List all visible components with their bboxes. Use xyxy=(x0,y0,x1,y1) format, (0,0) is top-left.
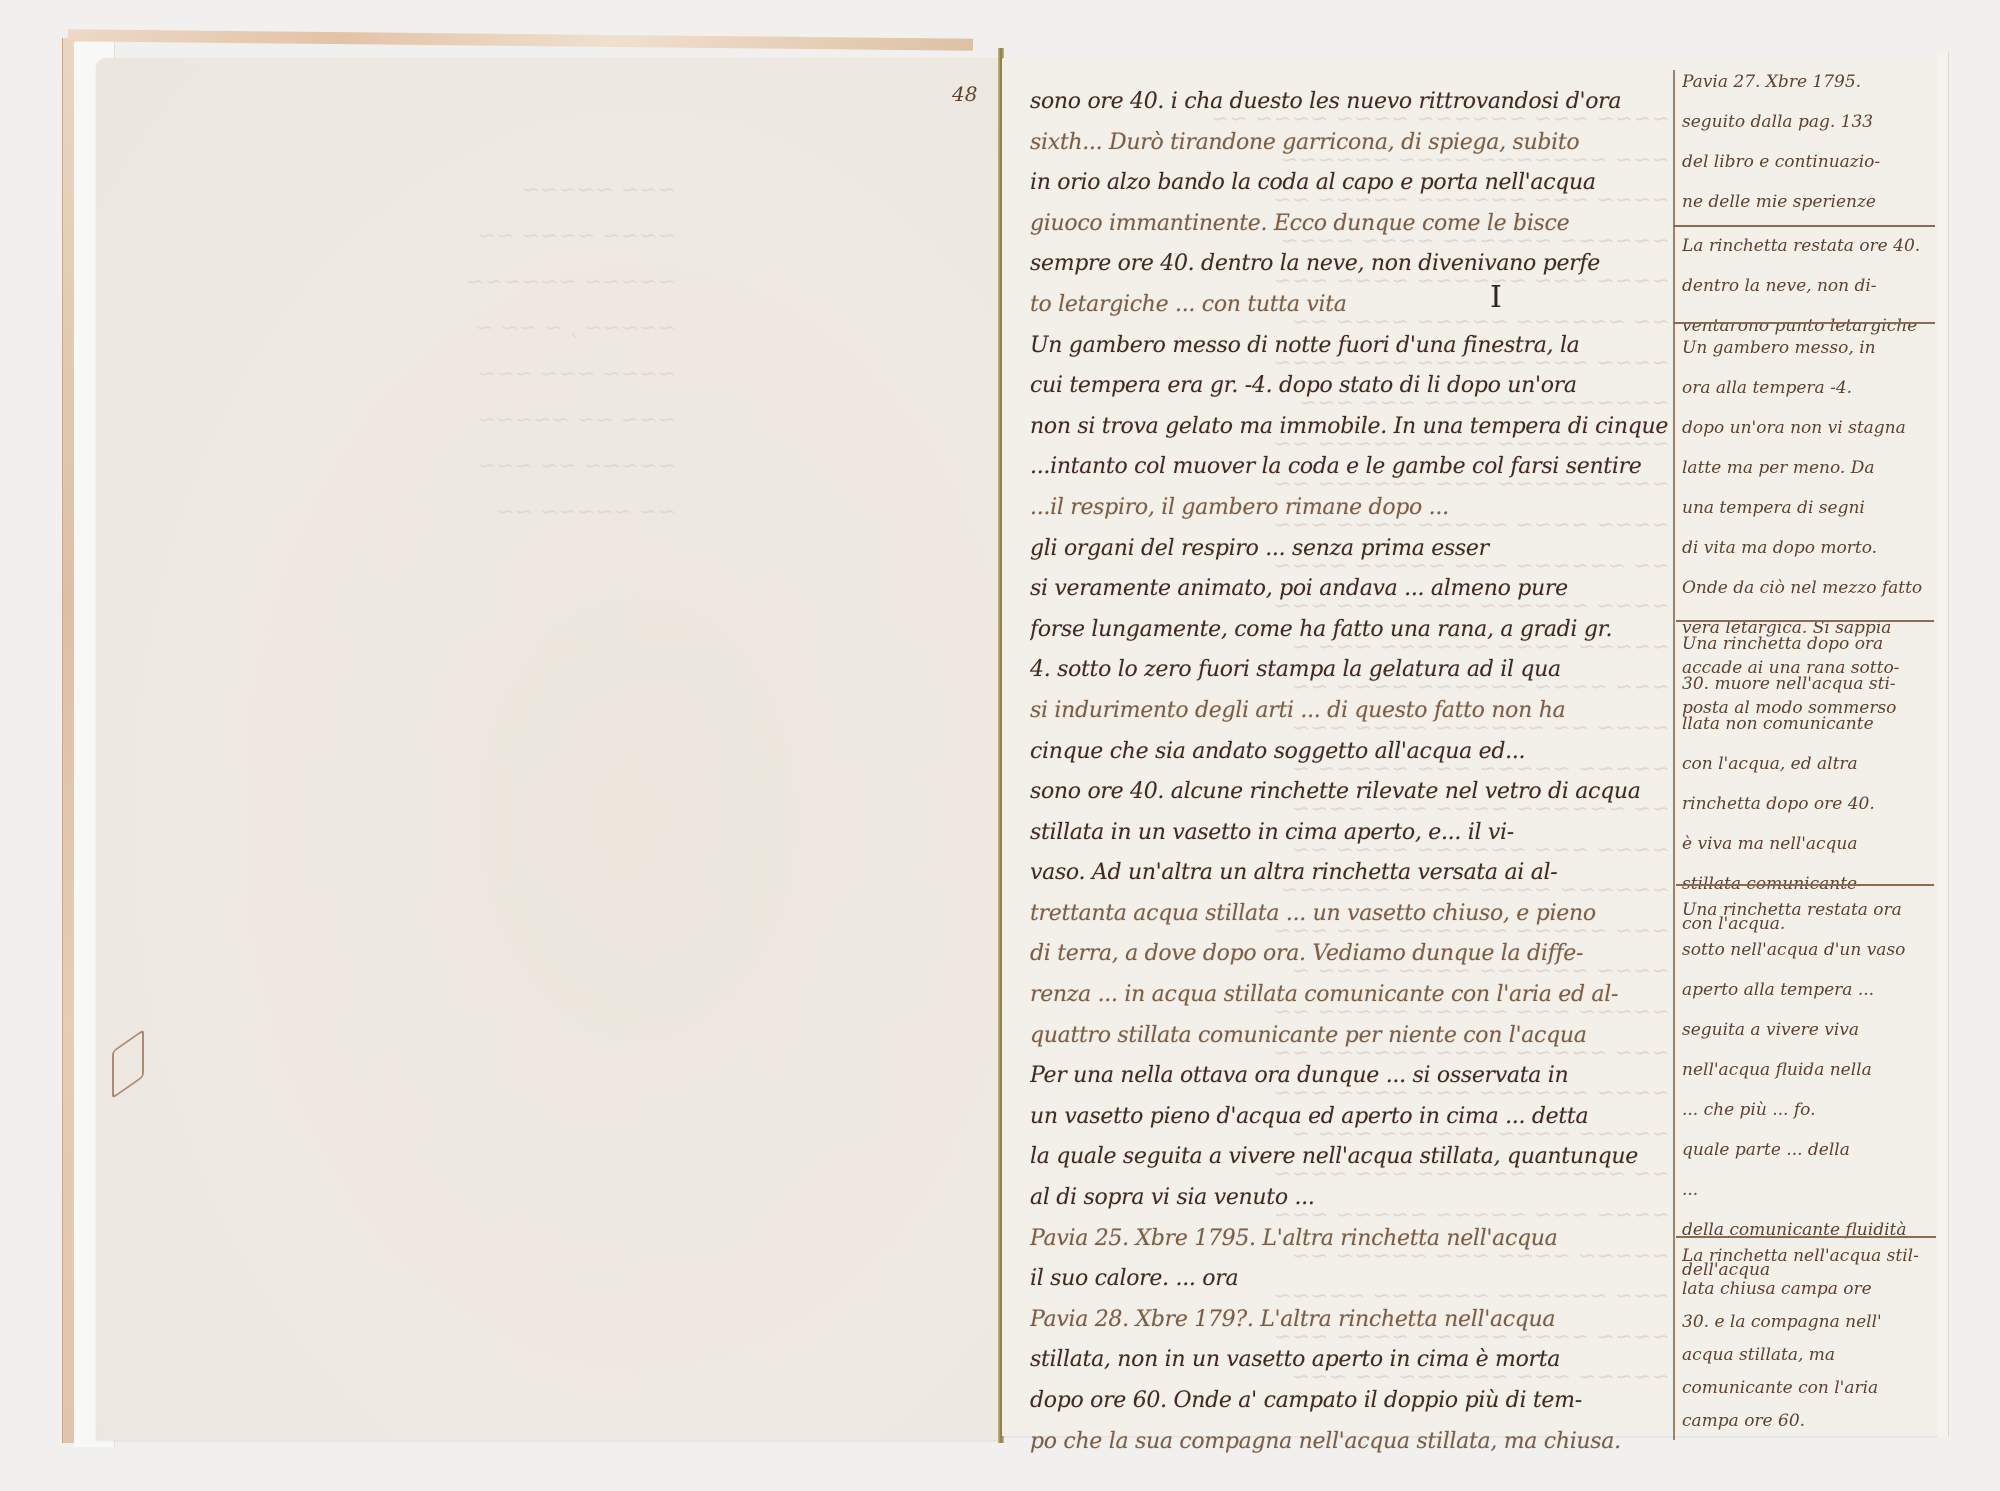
text-line: in orio alzo bando la coda al capo e por… xyxy=(1030,163,1670,204)
text-line: di terra, a dove dopo ora. Vediamo dunqu… xyxy=(1030,934,1670,975)
margin-line: Una rinchetta dopo ora xyxy=(1682,624,1932,664)
margin-line: ne delle mie sperienze xyxy=(1682,182,1932,222)
text-line: la quale seguita a vivere nell'acqua sti… xyxy=(1030,1137,1670,1178)
margin-line: è viva ma nell'acqua xyxy=(1682,824,1932,864)
margin-line: sotto nell'acqua d'un vaso xyxy=(1682,930,1932,970)
margin-note-frog-fluid: Una rinchetta restata ora sotto nell'acq… xyxy=(1682,890,1932,1290)
margin-line: lata chiusa campa ore xyxy=(1682,1273,1932,1306)
folio-number: 48 xyxy=(952,82,977,106)
left-page: ~~~ ~~~~~~~~~ ~~~~ ~~~~~~~ ~~~~~~~~~~~ ,… xyxy=(96,58,1000,1440)
text-line: dopo ore 60. Onde a' campato il doppio p… xyxy=(1030,1381,1670,1422)
margin-line: rinchetta dopo ore 40. xyxy=(1682,784,1932,824)
text-line: quattro stillata comunicante per niente … xyxy=(1030,1016,1670,1057)
text-line: gli organi del respiro ... senza prima e… xyxy=(1030,529,1670,570)
margin-line: Un gambero messo, in xyxy=(1682,328,1932,368)
margin-line: Pavia 27. Xbre 1795. xyxy=(1682,62,1932,102)
margin-line: una tempera di segni xyxy=(1682,488,1932,528)
text-line: sempre ore 40. dentro la neve, non diven… xyxy=(1030,244,1670,285)
margin-vertical-rule xyxy=(1673,70,1675,1440)
show-through-text: ~~~ ~~~~~~~~~ ~~~~ ~~~~~~~ ~~~~~~~~~~~ ,… xyxy=(356,168,676,548)
text-line: Un gambero messo di notte fuori d'una fi… xyxy=(1030,326,1670,367)
margin-line: quale parte ... della xyxy=(1682,1130,1932,1170)
margin-line: ... che più ... fo. xyxy=(1682,1090,1932,1130)
margin-line: La rinchetta nell'acqua stil- xyxy=(1682,1240,1932,1273)
margin-divider xyxy=(1676,620,1934,622)
text-line: sono ore 40. i cha duesto les nuevo ritt… xyxy=(1030,82,1670,123)
right-page-edge xyxy=(1938,52,1949,1437)
text-line: sixth... Durò tirandone garricona, di sp… xyxy=(1030,123,1670,164)
text-line: si veramente animato, poi andava ... alm… xyxy=(1030,569,1670,610)
margin-note-frog-sealed: La rinchetta nell'acqua stil- lata chius… xyxy=(1682,1240,1932,1438)
margin-line: ora alla tempera -4. xyxy=(1682,368,1932,408)
margin-line: ... xyxy=(1682,1170,1932,1210)
text-line: il suo calore. ... ora xyxy=(1030,1259,1670,1300)
text-line: cinque che sia andato soggetto all'acqua… xyxy=(1030,732,1670,773)
margin-line: seguita a vivere viva xyxy=(1682,1010,1932,1050)
margin-line: latte ma per meno. Da xyxy=(1682,448,1932,488)
margin-line: comunicante con l'aria xyxy=(1682,1372,1932,1405)
margin-divider xyxy=(1673,322,1935,324)
text-line: po che la sua compagna nell'acqua stilla… xyxy=(1030,1422,1670,1463)
text-line: sono ore 40. alcune rinchette rilevate n… xyxy=(1030,772,1670,813)
text-line: to letargiche ... con tutta vita xyxy=(1030,285,1670,326)
margin-divider xyxy=(1676,884,1934,886)
margin-line: La rinchetta restata ore 40. xyxy=(1682,226,1932,266)
margin-line: di vita ma dopo morto. xyxy=(1682,528,1932,568)
main-text-column: sono ore 40. i cha duesto les nuevo ritt… xyxy=(1030,82,1670,1462)
text-line: Pavia 28. Xbre 179?. L'altra rinchetta n… xyxy=(1030,1300,1670,1341)
text-line: stillata in un vasetto in cima aperto, e… xyxy=(1030,813,1670,854)
text-line: Pavia 25. Xbre 1795. L'altra rinchetta n… xyxy=(1030,1219,1670,1260)
margin-line: campa ore 60. xyxy=(1682,1405,1932,1438)
margin-line: dentro la neve, non di- xyxy=(1682,266,1932,306)
text-line: non si trova gelato ma immobile. In una … xyxy=(1030,407,1670,448)
text-line: si indurimento degli arti ... di questo … xyxy=(1030,691,1670,732)
margin-line: con l'acqua, ed altra xyxy=(1682,744,1932,784)
margin-line: acqua stillata, ma xyxy=(1682,1339,1932,1372)
text-line: ...intanto col muover la coda e le gambe… xyxy=(1030,447,1670,488)
text-line: 4. sotto lo zero fuori stampa la gelatur… xyxy=(1030,650,1670,691)
cover-top-edge xyxy=(68,29,973,50)
margin-line: dopo un'ora non vi stagna xyxy=(1682,408,1932,448)
margin-line: del libro e continuazio- xyxy=(1682,142,1932,182)
margin-line: llata non comunicante xyxy=(1682,704,1932,744)
text-line: al di sopra vi sia venuto ... xyxy=(1030,1178,1670,1219)
text-line: cui tempera era gr. -4. dopo stato di li… xyxy=(1030,366,1670,407)
text-line: renza ... in acqua stillata comunicante … xyxy=(1030,975,1670,1016)
margin-line: 30. muore nell'acqua sti- xyxy=(1682,664,1932,704)
text-line: giuoco immantinente. Ecco dunque come le… xyxy=(1030,204,1670,245)
text-line: forse lungamente, come ha fatto una rana… xyxy=(1030,610,1670,651)
text-line: trettanta acqua stillata ... un vasetto … xyxy=(1030,894,1670,935)
margin-line: aperto alla tempera ... xyxy=(1682,970,1932,1010)
text-line: un vasetto pieno d'acqua ed aperto in ci… xyxy=(1030,1097,1670,1138)
text-line: stillata, non in un vasetto aperto in ci… xyxy=(1030,1340,1670,1381)
margin-line: nell'acqua fluida nella xyxy=(1682,1050,1932,1090)
margin-line: Una rinchetta restata ora xyxy=(1682,890,1932,930)
text-line: Per una nella ottava ora dunque ... si o… xyxy=(1030,1056,1670,1097)
margin-divider xyxy=(1676,1236,1936,1238)
margin-line: seguito dalla pag. 133 xyxy=(1682,102,1932,142)
margin-line: 30. e la compagna nell' xyxy=(1682,1306,1932,1339)
margin-line: Onde da ciò nel mezzo fatto xyxy=(1682,568,1932,608)
margin-note-header: Pavia 27. Xbre 1795. seguito dalla pag. … xyxy=(1682,62,1932,222)
text-line: vaso. Ad un'altra un altra rinchetta ver… xyxy=(1030,853,1670,894)
text-line: ...il respiro, il gambero rimane dopo ..… xyxy=(1030,488,1670,529)
